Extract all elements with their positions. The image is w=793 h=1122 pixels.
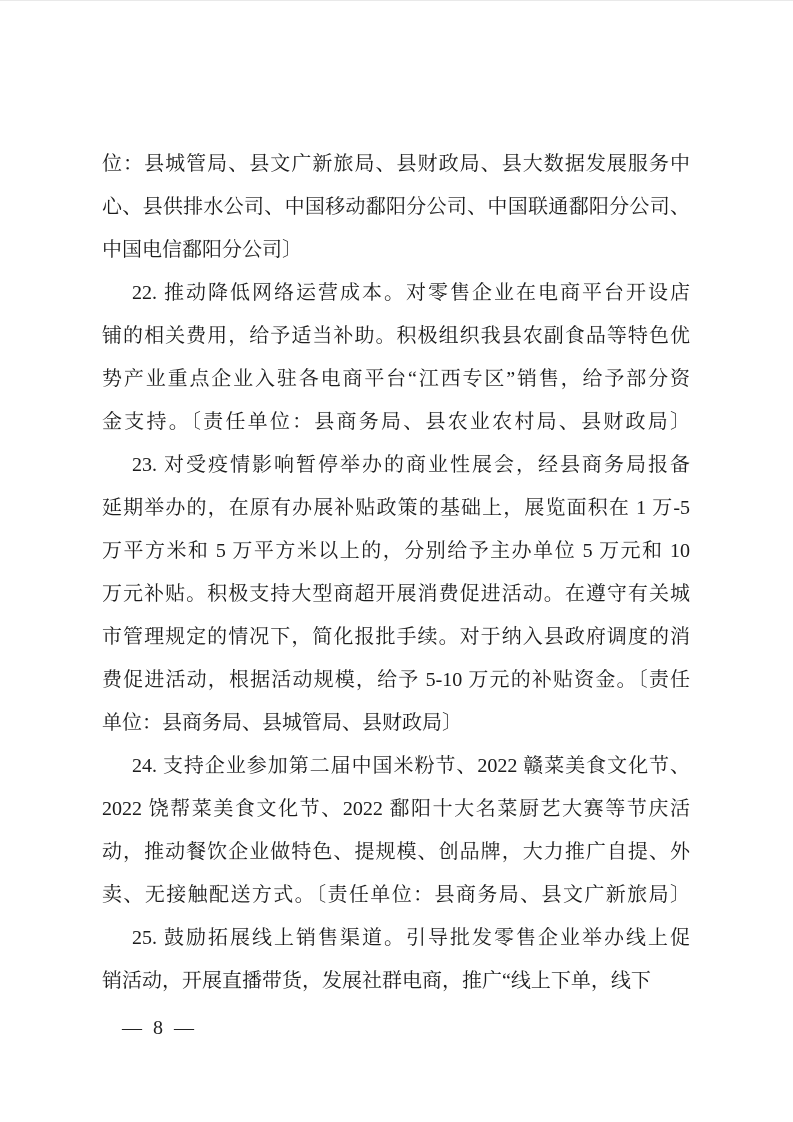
text-line: 金支持。〔责任单位：县商务局、县农业农村局、县财政局〕 — [102, 401, 690, 444]
paragraph-24: 24. 支持企业参加第二届中国米粉节、2022 赣菜美食文化节、 2022 饶帮… — [102, 745, 690, 917]
text-line: 销活动，开展直播带货，发展社群电商，推广“线上下单，线下 — [102, 960, 690, 1003]
text-line: 市管理规定的情况下，简化报批手续。对于纳入县政府调度的消 — [102, 616, 690, 659]
text-line: 中国电信鄱阳分公司〕 — [102, 229, 690, 272]
paragraph-25: 25. 鼓励拓展线上销售渠道。引导批发零售企业举办线上促 销活动，开展直播带货，… — [102, 917, 690, 1003]
paragraph-21-continuation: 位：县城管局、县文广新旅局、县财政局、县大数据发展服务中 心、县供排水公司、中国… — [102, 143, 690, 272]
document-page: 位：县城管局、县文广新旅局、县财政局、县大数据发展服务中 心、县供排水公司、中国… — [0, 0, 793, 1122]
text-line: 位：县城管局、县文广新旅局、县财政局、县大数据发展服务中 — [102, 143, 690, 186]
text-line: 23. 对受疫情影响暂停举办的商业性展会，经县商务局报备 — [102, 444, 690, 487]
text-line: 25. 鼓励拓展线上销售渠道。引导批发零售企业举办线上促 — [102, 917, 690, 960]
document-content: 位：县城管局、县文广新旅局、县财政局、县大数据发展服务中 心、县供排水公司、中国… — [102, 143, 690, 1003]
text-line: 24. 支持企业参加第二届中国米粉节、2022 赣菜美食文化节、 — [102, 745, 690, 788]
text-line: 2022 饶帮菜美食文化节、2022 鄱阳十大名菜厨艺大赛等节庆活 — [102, 788, 690, 831]
text-line: 势产业重点企业入驻各电商平台“江西专区”销售，给予部分资 — [102, 358, 690, 401]
text-line: 心、县供排水公司、中国移动鄱阳分公司、中国联通鄱阳分公司、 — [102, 186, 690, 229]
text-line: 动，推动餐饮企业做特色、提规模、创品牌，大力推广自提、外 — [102, 831, 690, 874]
text-line: 万元补贴。积极支持大型商超开展消费促进活动。在遵守有关城 — [102, 573, 690, 616]
paragraph-23: 23. 对受疫情影响暂停举办的商业性展会，经县商务局报备 延期举办的，在原有办展… — [102, 444, 690, 745]
text-line: 铺的相关费用，给予适当补助。积极组织我县农副食品等特色优 — [102, 315, 690, 358]
text-line: 单位：县商务局、县城管局、县财政局〕 — [102, 702, 690, 745]
text-line: 延期举办的，在原有办展补贴政策的基础上，展览面积在 1 万-5 — [102, 487, 690, 530]
paragraph-22: 22. 推动降低网络运营成本。对零售企业在电商平台开设店 铺的相关费用，给予适当… — [102, 272, 690, 444]
text-line: 22. 推动降低网络运营成本。对零售企业在电商平台开设店 — [102, 272, 690, 315]
text-line: 费促进活动，根据活动规模，给予 5-10 万元的补贴资金。〔责任 — [102, 659, 690, 702]
page-number: — 8 — — [122, 1014, 197, 1042]
text-line: 万平方米和 5 万平方米以上的，分别给予主办单位 5 万元和 10 — [102, 530, 690, 573]
text-line: 卖、无接触配送方式。〔责任单位：县商务局、县文广新旅局〕 — [102, 874, 690, 917]
scan-edge-artifact — [0, 0, 793, 1]
